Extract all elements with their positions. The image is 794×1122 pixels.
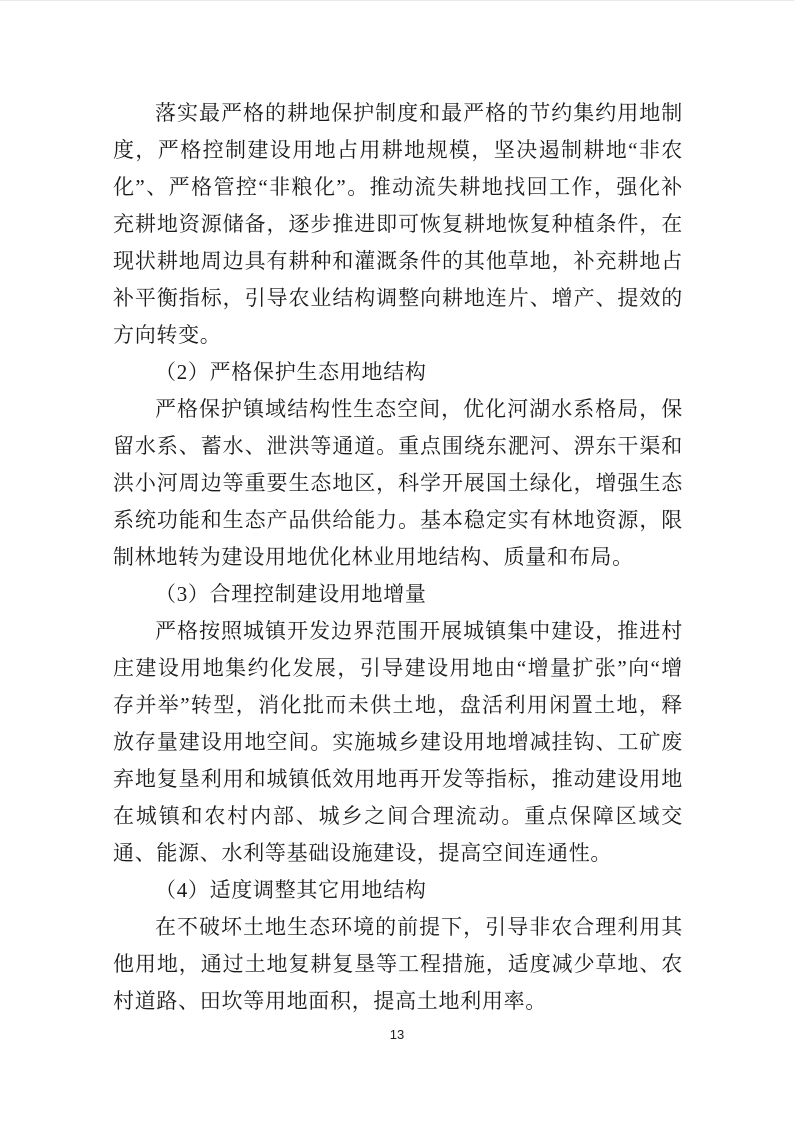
heading-section-3-construction-land: （3）合理控制建设用地增量 (113, 576, 683, 613)
paragraph-construction-land: 严格按照城镇开发边界范围开展城镇集中建设，推进村庄建设用地集约化发展，引导建设用… (113, 613, 683, 872)
document-body: 落实最严格的耕地保护制度和最严格的节约集约用地制度，严格控制建设用地占用耕地规模… (113, 95, 683, 1020)
paragraph-ecological-land: 严格保护镇域结构性生态空间，优化河湖水系格局，保留水系、蓄水、泄洪等通道。重点围… (113, 391, 683, 576)
heading-section-4-other-land: （4）适度调整其它用地结构 (113, 872, 683, 909)
paragraph-other-land: 在不破坏土地生态环境的前提下，引导非农合理利用其他用地，通过土地复耕复垦等工程措… (113, 909, 683, 1020)
document-page: 落实最严格的耕地保护制度和最严格的节约集约用地制度，严格控制建设用地占用耕地规模… (0, 0, 794, 1122)
paragraph-cultivated-land-protection: 落实最严格的耕地保护制度和最严格的节约集约用地制度，严格控制建设用地占用耕地规模… (113, 95, 683, 354)
page-number: 13 (0, 1027, 794, 1042)
heading-section-2-ecological-land: （2）严格保护生态用地结构 (113, 354, 683, 391)
